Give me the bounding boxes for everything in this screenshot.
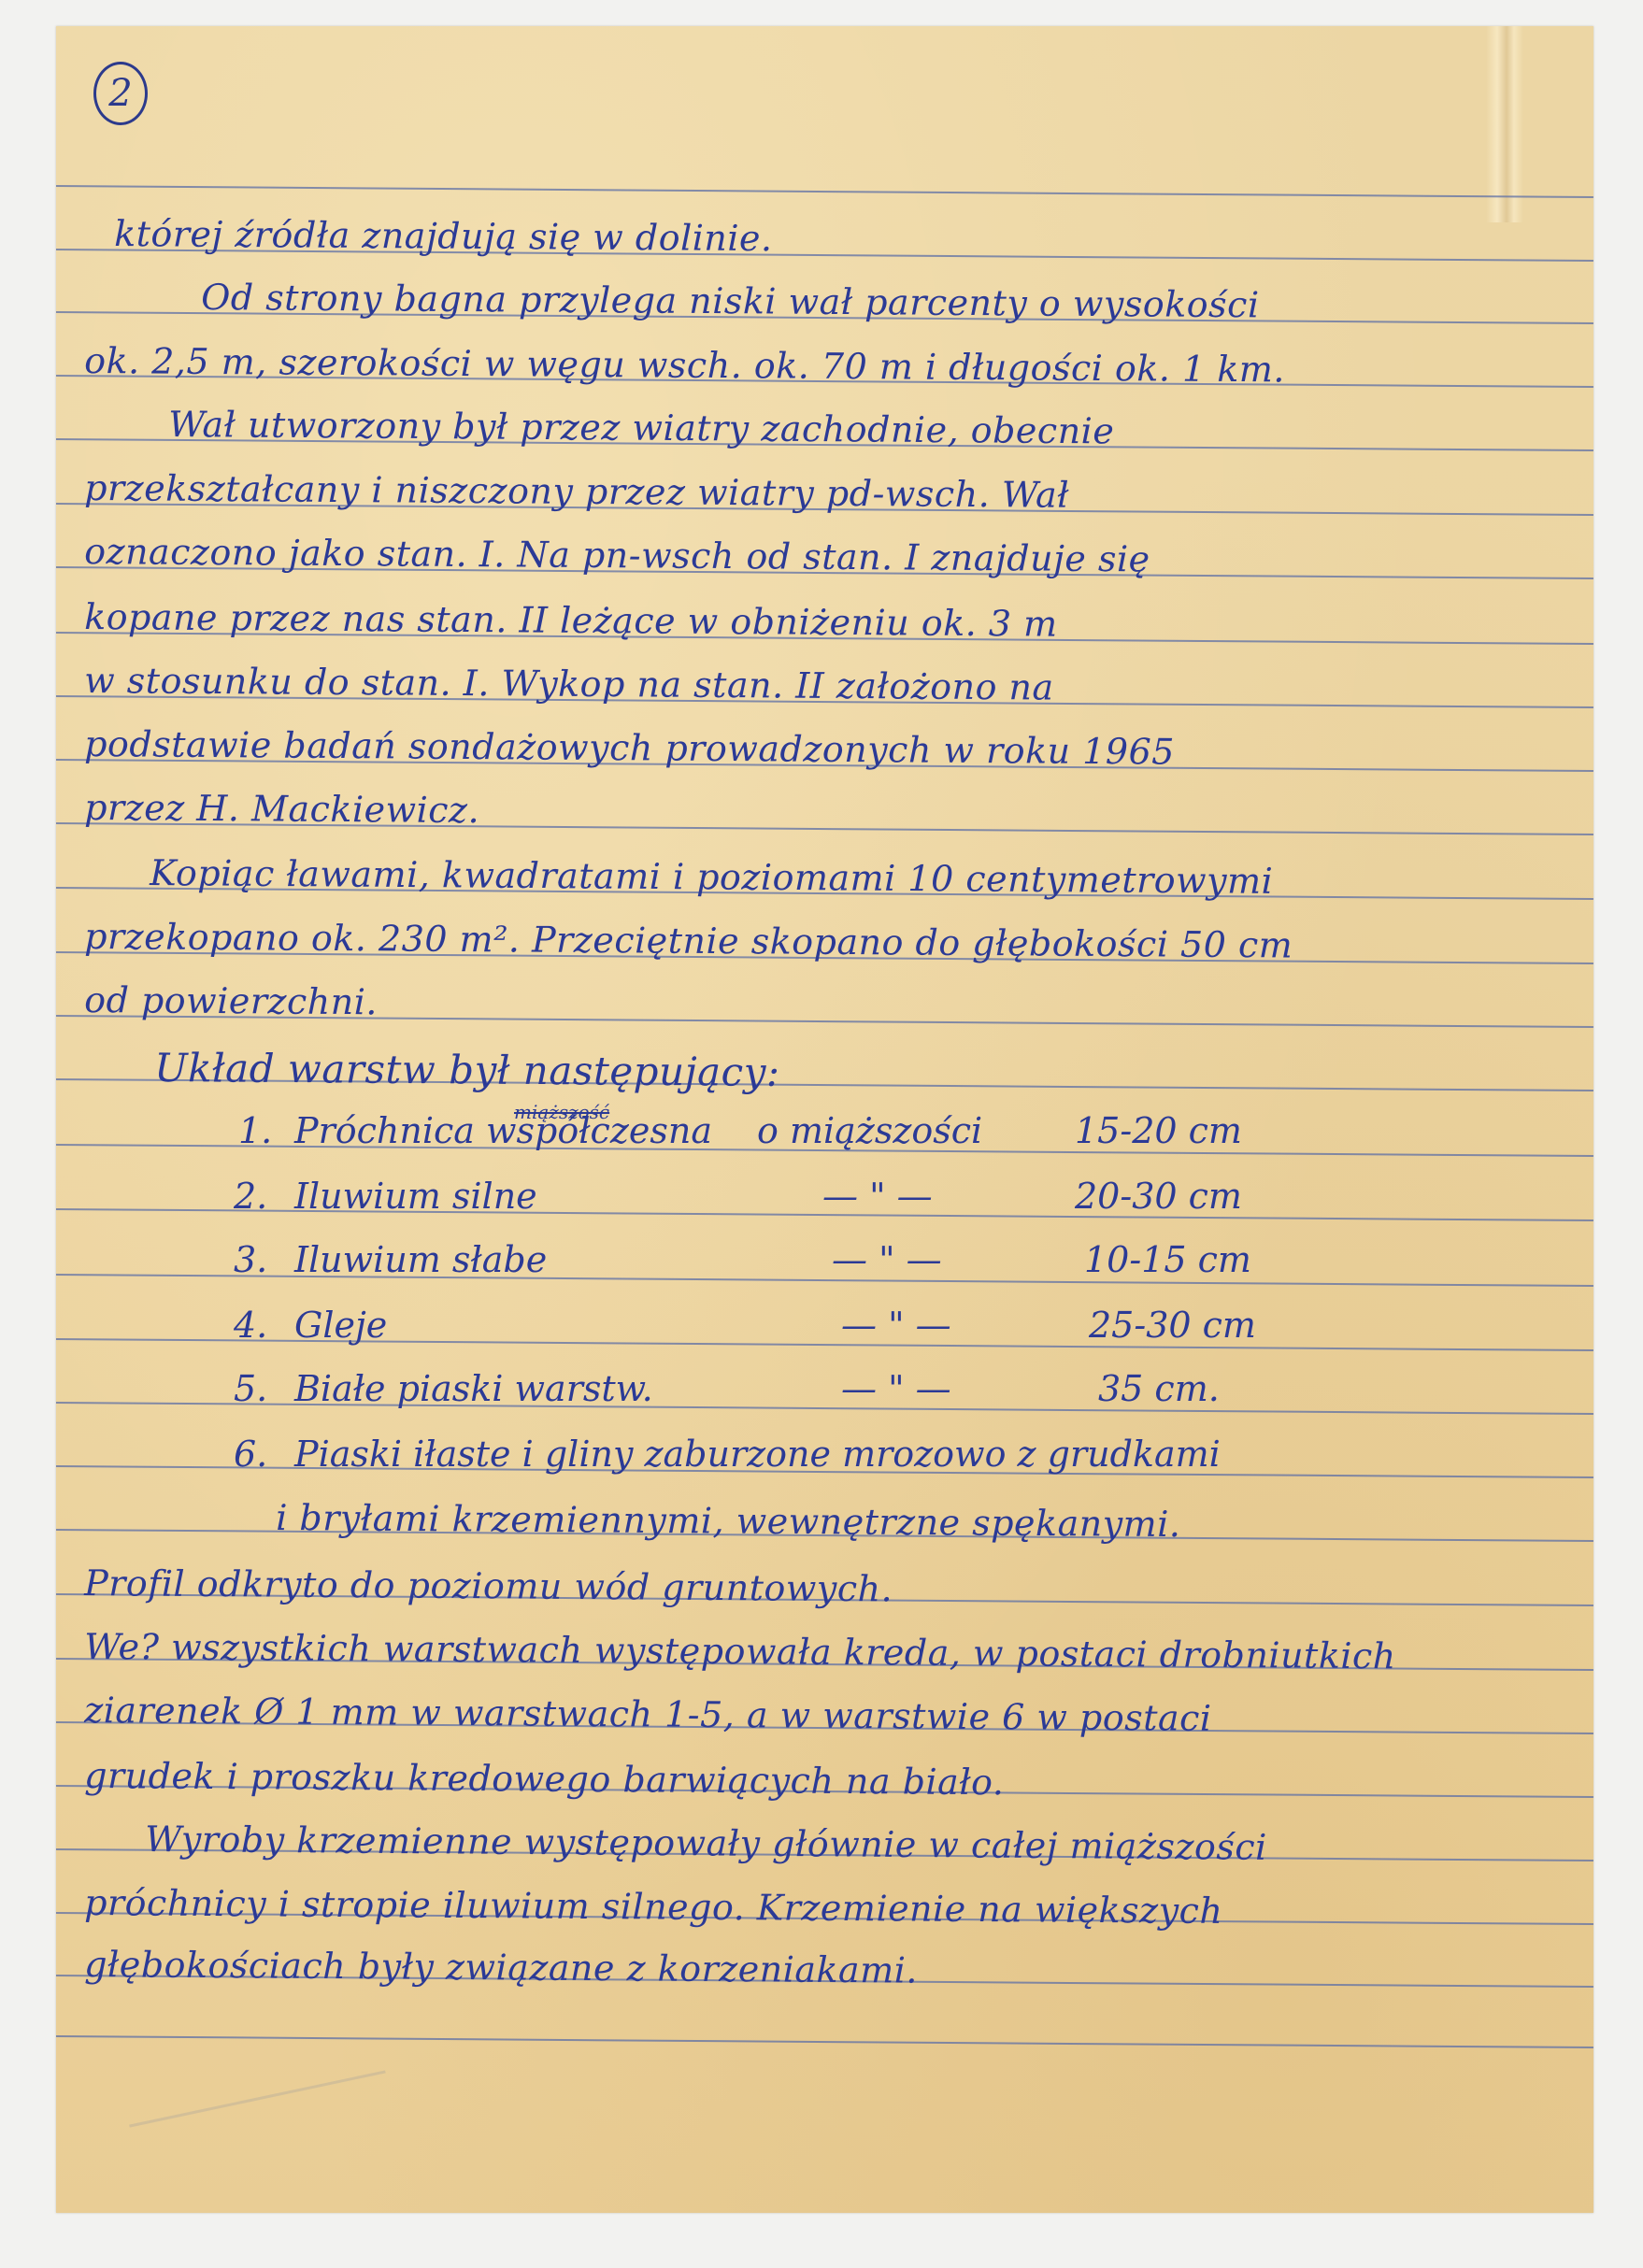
layer-name: Piaski iłaste i gliny zaburzone mrozowo … [294, 1434, 1221, 1475]
layer-name: Próchnica współczesna [294, 1110, 712, 1151]
ruled-line [56, 1402, 1593, 1415]
layer-number: 4. [234, 1305, 267, 1346]
text-line: próchnicy i stropie iluwium silnego. Krz… [84, 1882, 1223, 1932]
layer-ditto: — " — [841, 1305, 951, 1346]
layer-thickness: 35 cm. [1098, 1368, 1220, 1409]
text-line: przekopano ok. 230 m². Przeciętnie skopa… [84, 916, 1293, 965]
layer-number: 2. [234, 1176, 267, 1217]
ruled-line [56, 1274, 1593, 1287]
text-line: kopane przez nas stan. II leżące w obniż… [84, 596, 1058, 645]
text-line: Od strony bagna przylega niski wał parce… [201, 277, 1260, 325]
ruled-line [56, 185, 1593, 198]
text-line: We? wszystkich warstwach występowała kre… [84, 1626, 1396, 1676]
layer-name: Gleje [294, 1305, 387, 1346]
text-line: głębokościach były związane z korzeniaka… [84, 1944, 918, 1991]
layer-thickness: 20-30 cm [1075, 1176, 1242, 1217]
layer-name: Iluwium słabe [294, 1239, 547, 1280]
text-line: której źródła znajdują się w dolinie. [114, 213, 773, 259]
layer-ditto: — " — [832, 1239, 942, 1280]
page-number-circled: 2 [93, 62, 148, 125]
section-heading: Układ warstw był następujący: [154, 1045, 780, 1095]
layer-ditto: — " — [841, 1368, 951, 1409]
ruled-line [56, 2035, 1593, 2048]
text-line: przez H. Mackiewicz. [84, 787, 479, 831]
text-line: grudek i proszku kredowego barwiących na… [84, 1755, 1005, 1803]
layer-thickness: 10-15 cm [1084, 1239, 1251, 1280]
layer-number: 5. [234, 1368, 267, 1409]
layer-thickness: 25-30 cm [1089, 1305, 1256, 1346]
layer-thickness: 15-20 cm [1075, 1110, 1242, 1151]
text-line: ok. 2,5 m, szerokości w węgu wsch. ok. 7… [84, 340, 1285, 390]
text-line: Wyroby krzemienne występowały głównie w … [145, 1819, 1267, 1868]
text-line: Kopiąc ławami, kwadratami i poziomami 10… [150, 852, 1273, 902]
text-line: przekształcany i niszczony przez wiatry … [84, 467, 1069, 516]
layer-number: 3. [234, 1239, 267, 1280]
text-line: oznaczono jako stan. I. Na pn-wsch od st… [84, 531, 1150, 579]
scan-background: 2 której źródła znajdują się w dolinie. … [0, 0, 1643, 2268]
layer-name: Białe piaski warstw. [294, 1368, 653, 1409]
text-line: w stosunku do stan. I. Wykop na stan. II… [84, 660, 1054, 708]
layer-ditto: o miąższości [757, 1110, 982, 1151]
text-line: ziarenek Ø 1 mm w warstwach 1-5, a w war… [84, 1690, 1212, 1739]
handwritten-page: 2 której źródła znajdują się w dolinie. … [56, 26, 1593, 2213]
text-line: Profil odkryto do poziomu wód gruntowych… [84, 1562, 893, 1609]
layer-number: 6. [234, 1434, 267, 1475]
ruled-line [56, 1338, 1593, 1351]
text-line: podstawie badań sondażowych prowadzonych… [84, 723, 1175, 773]
paper-crease [1486, 26, 1523, 222]
faded-stamp-showthrough [129, 2070, 413, 2213]
text-line: Wał utworzony był przez wiatry zachodnie… [168, 404, 1114, 451]
layer-name: Iluwium silne [294, 1176, 537, 1217]
layer-number: 1. [238, 1110, 272, 1151]
text-line: i bryłami krzemiennymi, wewnętrzne spęka… [276, 1497, 1181, 1545]
layer-ditto: — " — [822, 1176, 933, 1217]
text-line: od powierzchni. [84, 979, 378, 1022]
